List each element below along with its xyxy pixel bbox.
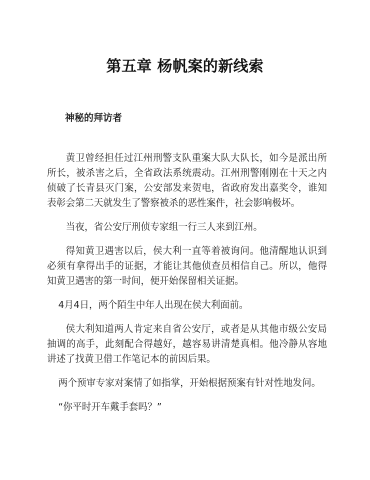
document-page: 第五章 杨帆案的新线索 神秘的拜访者 黄卫曾经担任过江州刑警支队重案大队大队长，… — [0, 0, 370, 480]
paragraph-5: 侯大利知道两人肯定来自省公安厅，或者是从其他市级公安局抽调的高手，此刻配合得越好… — [47, 322, 327, 367]
paragraph-1: 黄卫曾经担任过江州刑警支队重案大队大队长，如今是派出所所长，被杀害之后，全省政法… — [47, 151, 327, 211]
paragraph-7: “你平时开车戴手套吗？” — [47, 400, 327, 415]
paragraph-4: 4月4日，两个陌生中年人出现在侯大利面前。 — [47, 298, 327, 313]
chapter-title: 第五章 杨帆案的新线索 — [0, 55, 370, 76]
body-text: 黄卫曾经担任过江州刑警支队重案大队大队长，如今是派出所所长，被杀害之后，全省政法… — [47, 151, 327, 424]
paragraph-6: 两个预审专家对案情了如指掌，开始根据预案有针对性地发问。 — [47, 376, 327, 391]
paragraph-3: 得知黄卫遇害以后，侯大利一直等着被询问。他清醒地认识到必须有拿得出手的证据，才能… — [47, 244, 327, 289]
section-heading: 神秘的拜访者 — [65, 110, 122, 124]
paragraph-2: 当夜，省公安厅刑侦专家组一行三人来到江州。 — [47, 220, 327, 235]
